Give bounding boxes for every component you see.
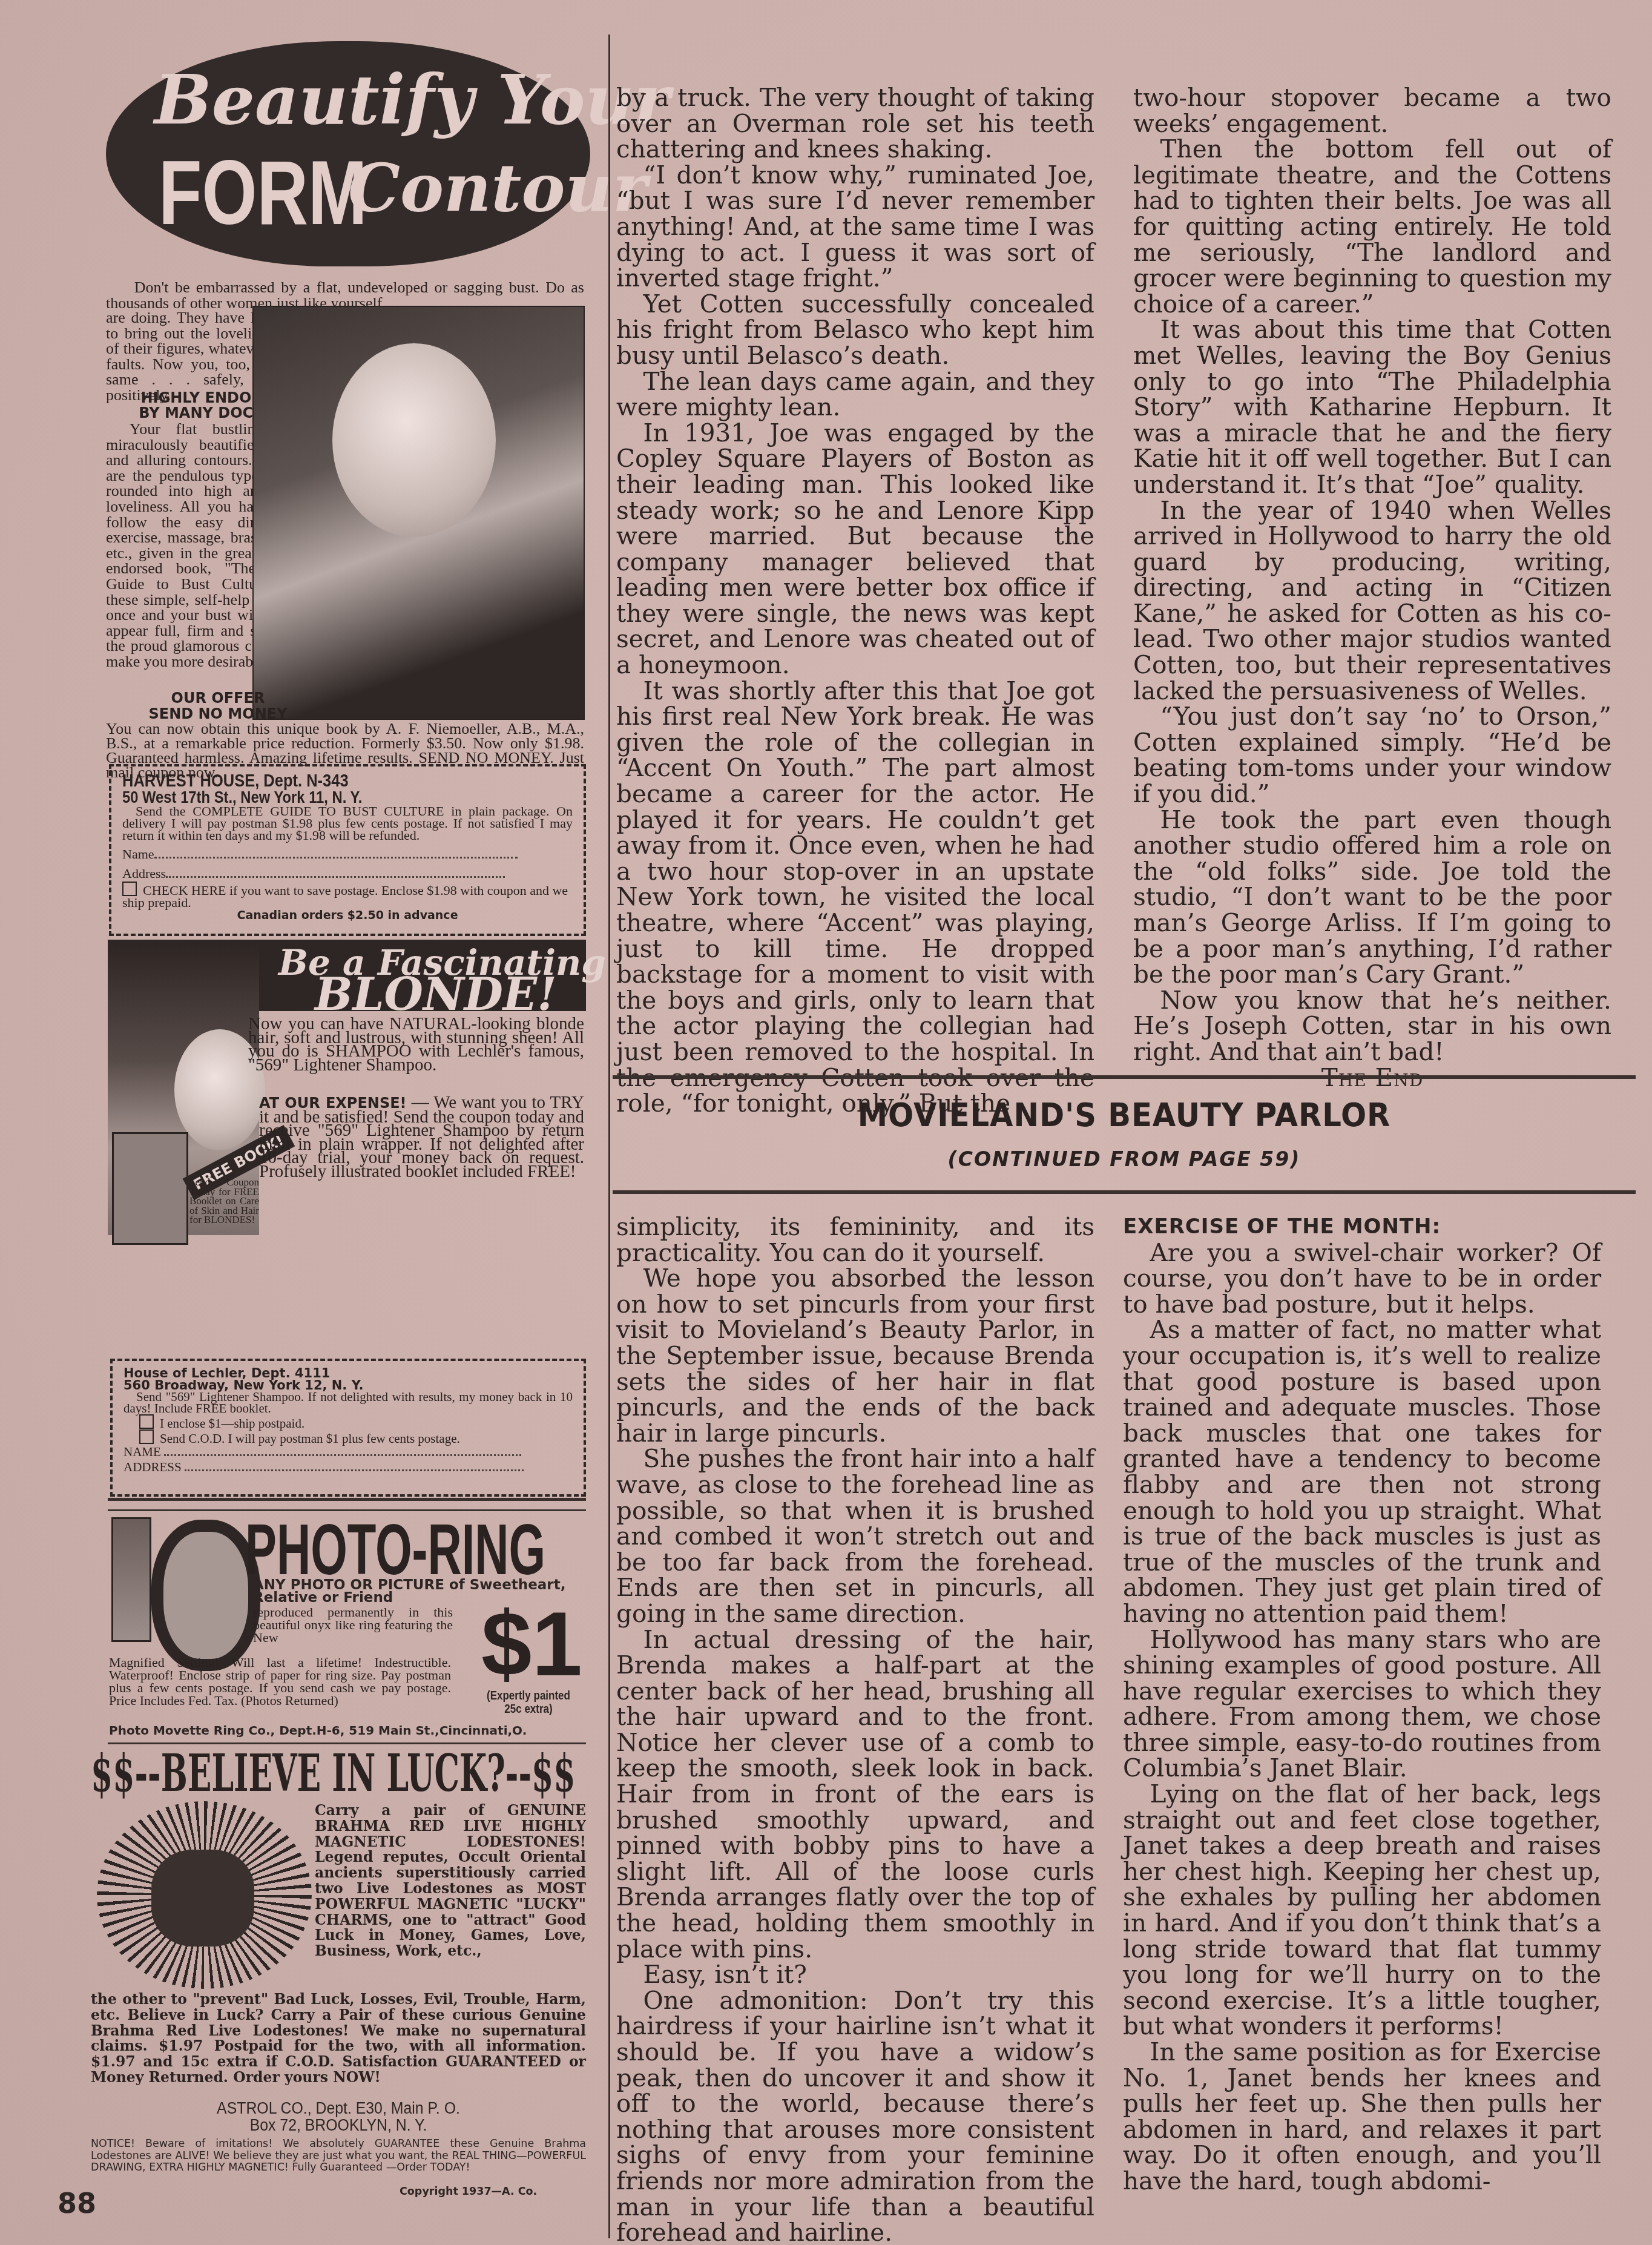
coupon-check-option[interactable]: CHECK HERE if you want to save postage. … (122, 882, 573, 909)
coupon-lechler[interactable]: House of Lechler, Dept. 4111 560 Broadwa… (110, 1359, 586, 1497)
blonde-body-1: Now you can have NATURAL-looking blonde … (248, 1017, 584, 1072)
lechler-name-field[interactable]: NAME (123, 1445, 573, 1460)
ring-price: $1 (481, 1598, 582, 1689)
headline-form: FORM (159, 140, 367, 245)
lechler-body: Send "569" Lightener Shampoo. If not del… (123, 1391, 573, 1414)
paragraph: He took the part even though another stu… (1133, 807, 1611, 987)
paragraph: In the same position as for Exercise No.… (1123, 2039, 1601, 2194)
coupon-address: 50 West 17th St., New York 11, N. Y. (122, 790, 505, 805)
paragraph: The lean days came again, and they were … (616, 369, 1094, 420)
coupon-harvest-house[interactable]: HARVEST HOUSE, Dept. N-343 50 West 17th … (109, 764, 586, 936)
booklet-image (112, 1132, 188, 1245)
paragraph: by a truck. The very thought of taking o… (616, 85, 1094, 162)
article-cotten-column-1: by a truck. The very thought of taking o… (616, 85, 1094, 1116)
ring-body-1: reproduced permanently in this beautiful… (253, 1606, 453, 1644)
luck-company-2: Box 72, BROOKLYN, N. Y. (111, 2117, 567, 2134)
luck-company-1: ASTROL CO., Dept. E30, Main P. O. (111, 2100, 567, 2117)
luck-headline: $$--BELIEVE IN LUCK?--$$ (91, 1747, 398, 1799)
ring-company: Photo Movette Ring Co., Dept.H-6, 519 Ma… (109, 1723, 587, 1738)
paragraph: “I don’t know why,” ruminated Joe, “but … (616, 162, 1094, 291)
exercise-subhead: EXERCISE OF THE MONTH: (1123, 1214, 1601, 1240)
paragraph: As a matter of fact, no matter what your… (1123, 1317, 1601, 1626)
ad-divider (108, 1498, 586, 1501)
lechler-company: House of Lechler, Dept. 4111 (123, 1367, 573, 1379)
blonde-headline-2: BLONDE! (315, 969, 557, 1021)
paragraph: simplicity, its femininity, and its prac… (616, 1214, 1094, 1265)
section-rule-top (613, 1075, 1636, 1079)
paragraph: Lying on the flat of her back, legs stra… (1123, 1781, 1601, 2039)
headline-script-1: Beautify Your (154, 61, 670, 140)
paragraph: “You just don’t say ‘no’ to Orson,” Cott… (1133, 704, 1611, 806)
ring-body-2: Magnified Setting! Will last a lifetime!… (109, 1656, 451, 1707)
exercise-paragraphs: Are you a swivel-chair worker? Of course… (1123, 1240, 1601, 2194)
article-beauty-column-2: EXERCISE OF THE MONTH: Are you a swivel-… (1123, 1214, 1601, 2194)
paragraph: Are you a swivel-chair worker? Of course… (1123, 1240, 1601, 1317)
headline-script-2: Contour (348, 150, 647, 226)
paragraph: It was shortly after this that Joe got h… (616, 678, 1094, 1116)
coupon-name-field[interactable]: Name (122, 846, 573, 862)
coupon-company: HARVEST HOUSE, Dept. N-343 (122, 773, 505, 790)
paragraph: Then the bottom fell out of legitimate t… (1133, 136, 1611, 317)
blonde-side-note: Send Coupon Today for FREE Booklet on Ca… (189, 1178, 259, 1225)
luck-copyright: Copyright 1937—A. Co. (400, 2186, 537, 2198)
lodestone-rock (151, 1850, 254, 1947)
paragraph: She pushes the front hair into a half wa… (616, 1446, 1094, 1626)
coupon-address-field[interactable]: Address (122, 866, 573, 882)
ring-headline: PHOTO-RING (245, 1514, 545, 1586)
model-photo (252, 306, 585, 720)
luck-body-1: Carry a pair of GENUINE BRAHMA RED LIVE … (315, 1803, 586, 1959)
section-continued-note: (CONTINUED FROM PAGE 59) (613, 1147, 1636, 1171)
section-title: MOVIELAND'S BEAUTY PARLOR (654, 1096, 1595, 1134)
lechler-option-2[interactable]: Send C.O.D. I will pay postman $1 plus f… (123, 1429, 573, 1445)
paragraph: two-hour stopover became a two weeks’ en… (1133, 85, 1611, 136)
paragraph: In 1931, Joe was engaged by the Copley S… (616, 420, 1094, 678)
paragraph: In actual dressing of the hair, Brenda m… (616, 1627, 1094, 1962)
paragraph: We hope you absorbed the lesson on how t… (616, 1265, 1094, 1446)
ad-bust-offer-1: OUR OFFER (106, 690, 330, 706)
column-divider (608, 35, 610, 2238)
coupon-canadian: Canadian orders $2.50 in advance (122, 909, 573, 922)
paragraph: In the year of 1940 when Welles arrived … (1133, 498, 1611, 704)
paragraph: Hollywood has many stars who are shining… (1123, 1627, 1601, 1782)
model-face (332, 343, 496, 537)
checkbox-icon[interactable] (139, 1414, 154, 1429)
paragraph: It was about this time that Cotten met W… (1133, 317, 1611, 497)
ring-price-note: (Expertly painted 25c extra) (479, 1689, 578, 1716)
checkbox-icon[interactable] (139, 1429, 154, 1444)
luck-notice: NOTICE! Beware of imitations! We absolut… (91, 2138, 586, 2174)
luck-body-2: the other to "prevent" Bad Luck, Losses,… (91, 1992, 586, 2086)
lechler-option-1[interactable]: I enclose $1—ship postpaid. (123, 1414, 573, 1429)
paragraph: One admonition: Don’t try this hairdress… (616, 1988, 1094, 2245)
paragraph: Yet Cotten successfully concealed his fr… (616, 291, 1094, 369)
checkbox-icon[interactable] (122, 882, 137, 896)
paragraph: Now you know that he’s neither. He’s Jos… (1133, 987, 1611, 1065)
blonde-body-2: AT OUR EXPENSE! — We want you to TRY it … (259, 1096, 584, 1178)
coupon-body: Send the COMPLETE GUIDE TO BUST CULTURE … (122, 805, 573, 842)
section-rule-bottom (613, 1190, 1636, 1194)
paragraph: Easy, isn’t it? (616, 1962, 1094, 1988)
ring-illustration (151, 1520, 260, 1671)
ring-model-image (111, 1517, 151, 1642)
page-number: 88 (58, 2187, 96, 2220)
article-cotten-column-2: two-hour stopover became a two weeks’ en… (1133, 85, 1611, 1090)
lodestone-illustration (97, 1801, 312, 1989)
article-beauty-column-1: simplicity, its femininity, and its prac… (616, 1214, 1094, 2245)
lechler-address-field[interactable]: ADDRESS (123, 1460, 573, 1475)
